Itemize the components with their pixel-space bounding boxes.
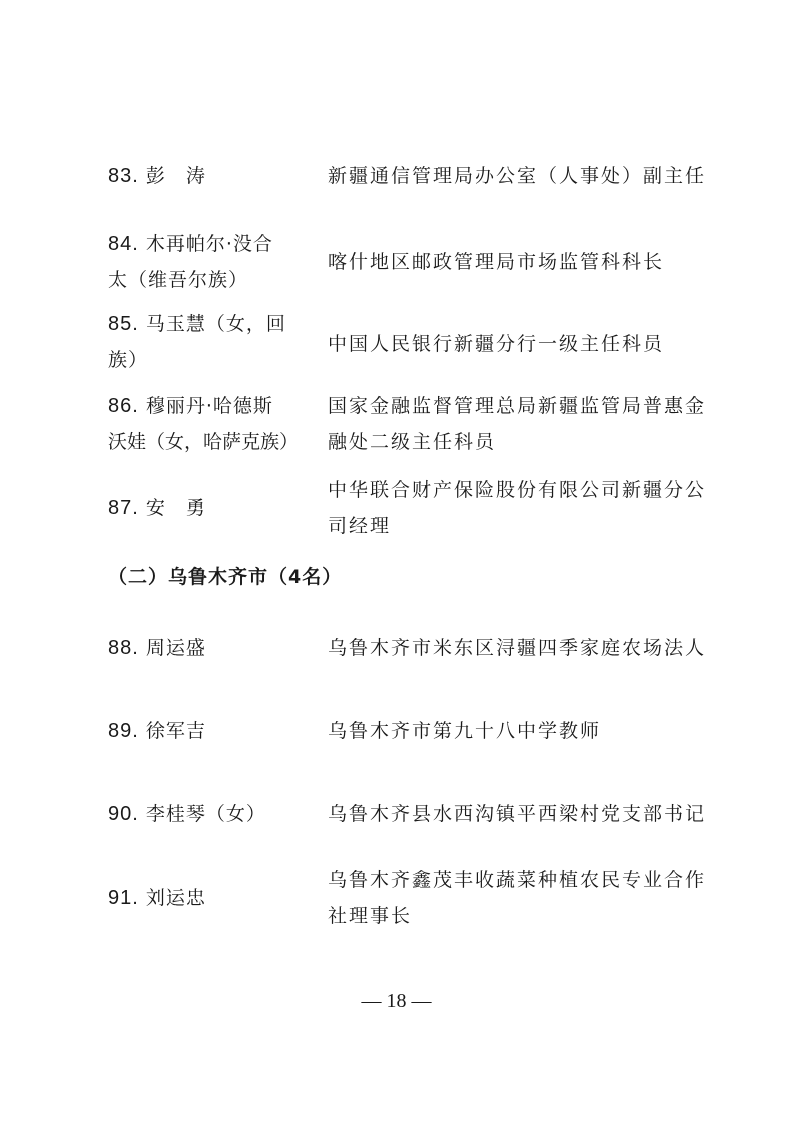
person-role: 乌鲁木齐市米东区浔疆四季家庭农场法人 (328, 630, 708, 666)
person-role: 乌鲁木齐鑫茂丰收蔬菜种植农民专业合作 社理事长 (328, 862, 708, 934)
person-name: 马玉慧（女，回 (146, 313, 286, 335)
entry-number: 91. (108, 887, 139, 909)
person-role: 喀什地区邮政管理局市场监管科科长 (328, 244, 708, 280)
person-name: 穆丽丹·哈德斯 (146, 395, 273, 417)
person-name: 周运盛 (146, 637, 206, 659)
person-name: 木再帕尔·没合 (146, 233, 273, 255)
person-name: 彭 涛 (146, 165, 206, 187)
person-name-cont: 沃娃（女，哈萨克族） (108, 424, 328, 460)
person-name: 徐军吉 (146, 720, 206, 742)
person-role: 中国人民银行新疆分行一级主任科员 (328, 326, 708, 362)
entry-number: 89. (108, 720, 139, 742)
person-role: 乌鲁木齐市第九十八中学教师 (328, 713, 708, 749)
person-role: 国家金融监督管理总局新疆监管局普惠金 融处二级主任科员 (328, 388, 708, 460)
person-role: 乌鲁木齐县水西沟镇平西梁村党支部书记 (328, 796, 708, 832)
entry-number: 90. (108, 803, 139, 825)
entry-number: 88. (108, 637, 139, 659)
entry-number: 84. (108, 233, 139, 255)
entry-number: 83. (108, 165, 139, 187)
person-role: 新疆通信管理局办公室（人事处）副主任 (328, 158, 708, 194)
person-name: 刘运忠 (146, 887, 206, 909)
person-role: 中华联合财产保险股份有限公司新疆分公 司经理 (328, 472, 708, 544)
entry-number: 87. (108, 497, 139, 519)
person-name: 安 勇 (146, 497, 206, 519)
section-heading: （二）乌鲁木齐市（4名） (108, 562, 342, 589)
entry-number: 85. (108, 313, 139, 335)
entry-number: 86. (108, 395, 139, 417)
person-name-cont: 太（维吾尔族） (108, 262, 308, 298)
person-name-cont: 族） (108, 342, 308, 378)
person-name: 李桂琴（女） (146, 803, 266, 825)
page-number: — 18 — (0, 990, 793, 1013)
